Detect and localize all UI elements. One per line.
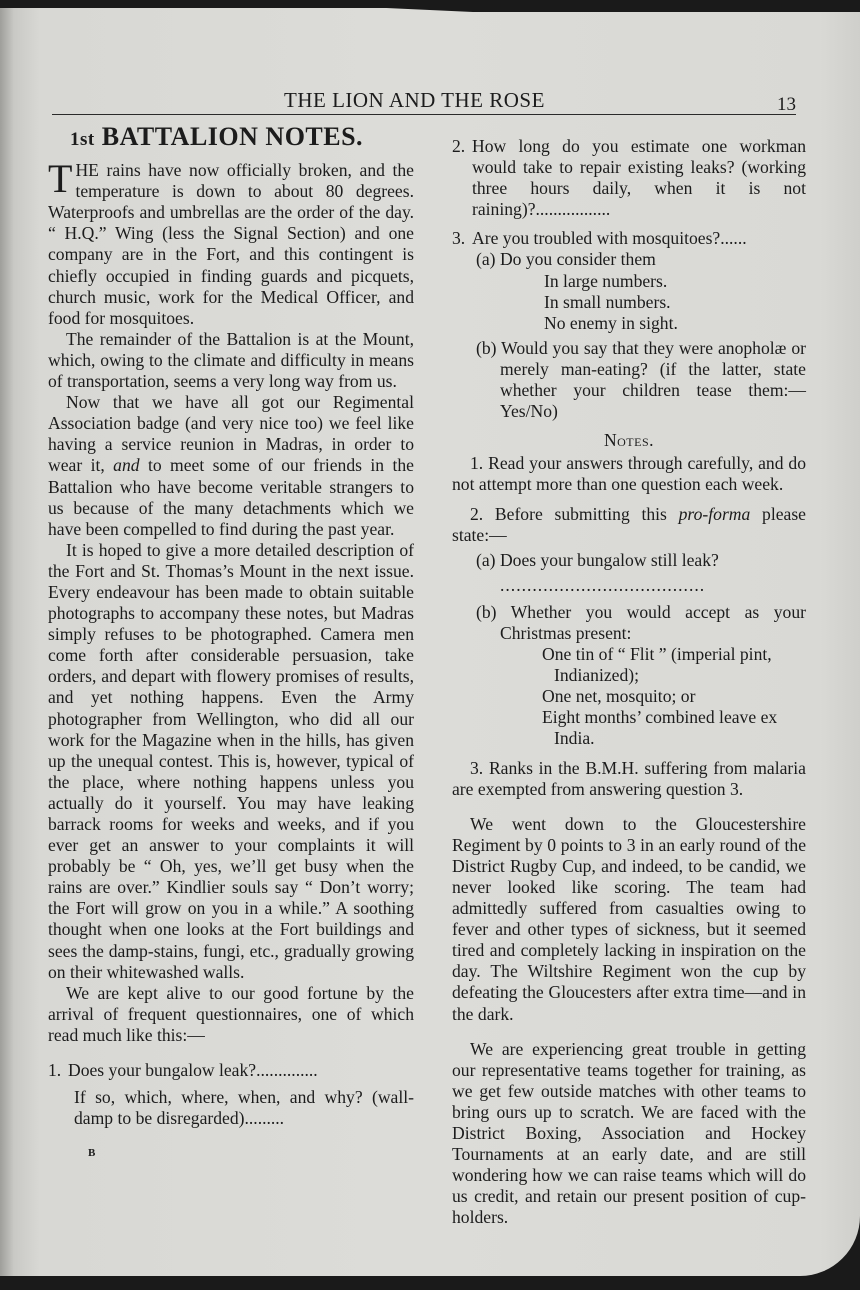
page-number: 13 — [777, 94, 796, 116]
question-3a-options: In large numbers. In small numbers. No e… — [452, 271, 806, 334]
paragraph-3: Now that we have all got our Regimental … — [48, 392, 414, 540]
drop-cap: T — [48, 162, 72, 196]
paragraph-1: THE rains have now officially broken, an… — [48, 160, 414, 329]
running-title: THE LION AND THE ROSE — [284, 88, 545, 113]
title-prefix: 1st — [70, 129, 95, 150]
question-3: 3.Are you troubled with mosquitoes?.....… — [452, 228, 806, 249]
note-1: 1. Read your answers through carefully, … — [452, 453, 806, 495]
note-2b: (b) Whether you would accept as your Chr… — [452, 602, 806, 644]
present-option: Eight months’ combined leave ex India. — [542, 707, 806, 749]
article-title: 1st BATTALION NOTES. — [70, 126, 414, 150]
option: In small numbers. — [544, 292, 806, 313]
present-option: One tin of “ Flit ” (imperial pint, Indi… — [542, 644, 806, 686]
rugby-paragraph: We went down to the Gloucestershire Regi… — [452, 814, 806, 1025]
training-paragraph: We are experiencing great trouble in get… — [452, 1039, 806, 1229]
left-column: 1st BATTALION NOTES. THE rains have now … — [48, 126, 414, 1164]
notes-heading: Notes. — [452, 430, 806, 451]
paragraph-5: We are kept alive to our good fortune by… — [48, 983, 414, 1046]
paragraph-4: It is hoped to give a more detailed desc… — [48, 540, 414, 983]
christmas-present-options: One tin of “ Flit ” (imperial pint, Indi… — [452, 644, 806, 749]
present-option: One net, mosquito; or — [542, 686, 806, 707]
note-2a: (a) Does your bungalow still leak? — [452, 550, 806, 571]
question-1: 1.Does your bungalow leak?.............. — [48, 1060, 414, 1081]
paragraph-2: The remainder of the Battalion is at the… — [48, 329, 414, 392]
question-3a: (a) Do you consider them — [452, 249, 806, 270]
page-header: THE LION AND THE ROSE 13 — [52, 84, 796, 115]
right-column: 2.How long do you estimate one workman w… — [452, 136, 806, 1229]
answer-dots: ...................................... — [452, 575, 806, 596]
title-text: BATTALION NOTES. — [102, 122, 363, 151]
question-3b: (b) Would you say that they were anophol… — [452, 338, 806, 422]
option: No enemy in sight. — [544, 313, 806, 334]
question-1-followup: If so, which, where, when, and why? (wal… — [48, 1087, 414, 1129]
magazine-page: THE LION AND THE ROSE 13 1st BATTALION N… — [0, 8, 860, 1276]
note-2: 2. Before submitting this pro-forma plea… — [452, 504, 806, 546]
note-3: 3. Ranks in the B.M.H. suffering from ma… — [452, 758, 806, 800]
signature-mark: B — [88, 1143, 414, 1164]
option: In large numbers. — [544, 271, 806, 292]
question-2: 2.How long do you estimate one workman w… — [452, 136, 806, 220]
